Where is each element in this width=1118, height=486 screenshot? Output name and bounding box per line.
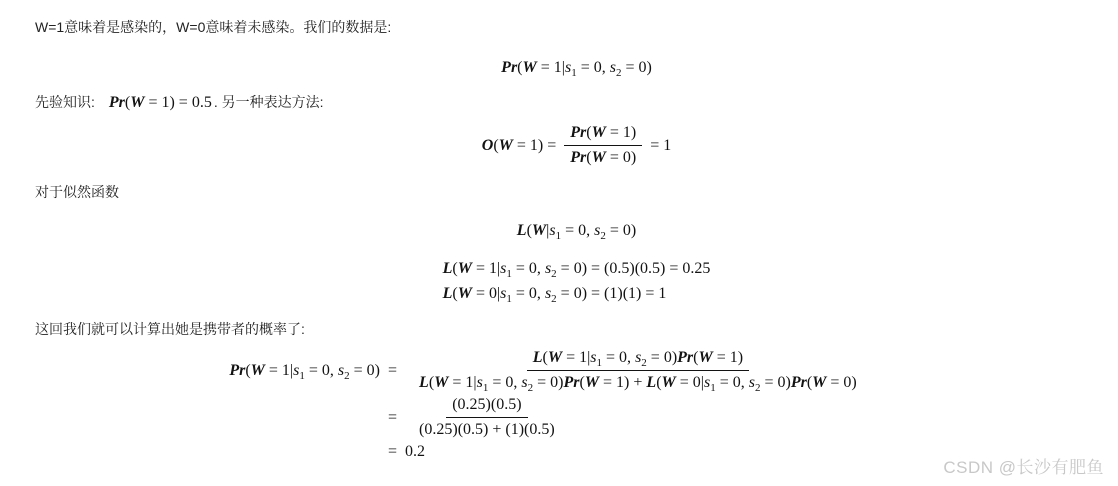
posterior-fraction-2: (0.25)(0.5) (0.25)(0.5) + (1)(0.5) <box>413 396 561 439</box>
paragraph-posterior-intro: 这回我们就可以计算出她是携带者的概率了: <box>35 320 1118 339</box>
paragraph-prior: 先验知识:Pr(W = 1) = 0.5. 另一种表达方法: <box>35 93 1118 112</box>
posterior-row1-denominator: L(W = 1|s1 = 0, s2 = 0)Pr(W = 1) + L(W =… <box>413 371 863 392</box>
equals-sign: = <box>388 443 397 461</box>
posterior-lhs: Pr(W = 1|s1 = 0, s2 = 0) <box>180 362 380 380</box>
odds-denominator: Pr(W = 0) <box>564 146 642 167</box>
posterior-row-1: Pr(W = 1|s1 = 0, s2 = 0) = L(W = 1|s1 = … <box>180 349 1118 392</box>
math-likelihood-w1: L(W = 1|s1 = 0, s2 = 0) = (0.5)(0.5) = 0… <box>443 256 711 281</box>
csdn-watermark: CSDN @长沙有肥鱼 <box>943 453 1104 478</box>
posterior-row2-numerator: (0.25)(0.5) <box>446 396 527 418</box>
paragraph-likelihood-intro: 对于似然函数 <box>35 183 1118 202</box>
prior-suffix: . 另一种表达方法: <box>214 94 324 110</box>
equals-sign: = <box>388 409 397 427</box>
math-likelihood-def: L(W|s1 = 0, s2 = 0) <box>517 222 636 240</box>
odds-lhs: O(W = 1) = <box>482 137 557 155</box>
prior-inline-math: Pr(W = 1) = 0.5 <box>109 94 212 111</box>
math-likelihood-w0: L(W = 0|s1 = 0, s2 = 0) = (1)(1) = 1 <box>443 281 711 306</box>
equation-posterior: Pr(W = 1|s1 = 0, s2 = 0) = L(W = 1|s1 = … <box>180 349 1118 461</box>
posterior-row2-denominator: (0.25)(0.5) + (1)(0.5) <box>413 418 561 439</box>
odds-numerator: Pr(W = 1) <box>564 124 642 146</box>
equals-sign: = <box>388 362 397 380</box>
posterior-row-2: = (0.25)(0.5) (0.25)(0.5) + (1)(0.5) <box>180 396 1118 439</box>
odds-rhs: = 1 <box>650 137 671 155</box>
equation-likelihood-values: L(W = 1|s1 = 0, s2 = 0) = (0.5)(0.5) = 0… <box>35 256 1118 306</box>
odds-fraction: Pr(W = 1) Pr(W = 0) <box>564 124 642 167</box>
prior-label: 先验知识: <box>35 94 95 110</box>
document-body: W=1意味着是感染的，W=0意味着未感染。我们的数据是: Pr(W = 1|s1… <box>35 18 1118 461</box>
paragraph-intro: W=1意味着是感染的，W=0意味着未感染。我们的数据是: <box>35 18 1118 37</box>
posterior-result-value: 0.2 <box>405 443 425 461</box>
math-data-expression: Pr(W = 1|s1 = 0, s2 = 0) <box>501 59 652 77</box>
posterior-fraction-1: L(W = 1|s1 = 0, s2 = 0)Pr(W = 1) L(W = 1… <box>413 349 863 392</box>
likelihood-values-block: L(W = 1|s1 = 0, s2 = 0) = (0.5)(0.5) = 0… <box>443 256 711 306</box>
equation-odds: O(W = 1) = Pr(W = 1) Pr(W = 0) = 1 <box>35 124 1118 167</box>
equation-likelihood-def: L(W|s1 = 0, s2 = 0) <box>35 222 1118 240</box>
posterior-row1-numerator: L(W = 1|s1 = 0, s2 = 0)Pr(W = 1) <box>527 349 749 371</box>
equation-data-expression: Pr(W = 1|s1 = 0, s2 = 0) <box>35 59 1118 77</box>
